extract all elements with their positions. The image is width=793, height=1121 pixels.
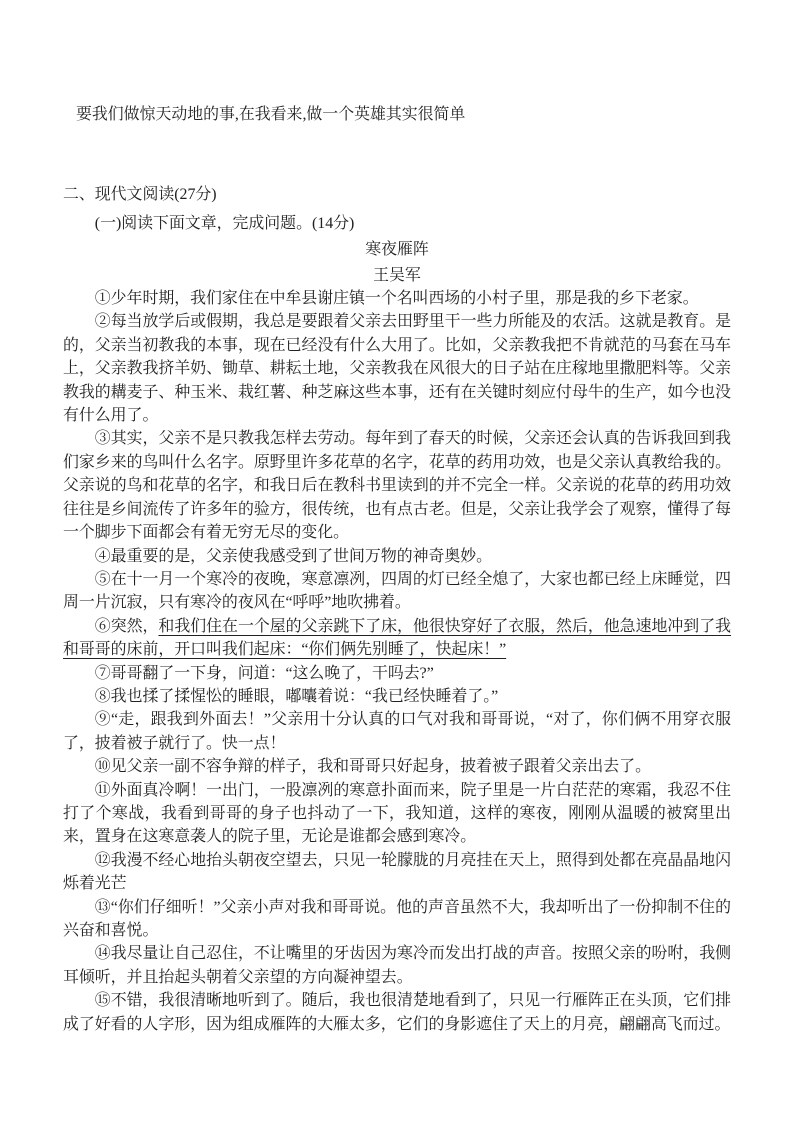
article-author: 王吴军 [63,264,731,287]
article-paragraph: ⑨“走，跟我到外面去！”父亲用十分认真的口气对我和哥哥说，“对了，你们俩不用穿衣… [63,708,731,755]
article-paragraph: ①少年时期，我们家住在中牟县谢庄镇一个名叫西场的小村子里，那是我的乡下老家。 [63,287,731,310]
article-paragraph: ③其实，父亲不是只教我怎样去劳动。每年到了春天的时候，父亲还会认真的告诉我回到我… [63,427,731,544]
article-paragraph: ⑦哥哥翻了一下身，问道：“这么晚了，干吗去?” [63,662,731,685]
article-body: ①少年时期，我们家住在中牟县谢庄镇一个名叫西场的小村子里，那是我的乡下老家。②每… [63,287,731,1036]
page-content: 要我们做惊天动地的事,在我看来,做一个英雄其实很简单 二、现代文阅读(27分) … [63,103,731,1036]
section-heading: 二、现代文阅读(27分) [63,183,731,206]
article-paragraph: ⑫我漫不经心地抬头朝夜空望去，只见一轮朦胧的月亮挂在天上，照得到处都在亮晶晶地闪… [63,849,731,896]
article-paragraph: ⑩见父亲一副不容争辩的样子，我和哥哥只好起身，披着被子跟着父亲出去了。 [63,755,731,778]
article-paragraph: ⑪外面真冷啊！一出门，一股凛冽的寒意扑面而来，院子里是一片白茫茫的寒霜，我忍不住… [63,779,731,849]
underlined-sentence: 和我们住在一个屋的父亲跳下了床，他很快穿好了衣服，然后，他急速地冲到了我和哥哥的… [63,618,731,658]
article-paragraph: ⑥突然，和我们住在一个屋的父亲跳下了床，他很快穿好了衣服，然后，他急速地冲到了我… [63,615,731,662]
article-paragraph: ②每当放学后或假期，我总是要跟着父亲去田野里干一些力所能及的农活。这就是教育。是… [63,310,731,427]
article-paragraph: ⑭我尽量让自己忍住，不让嘴里的牙齿因为寒冷而发出打战的声音。按照父亲的吩咐，我侧… [63,942,731,989]
article-paragraph: ⑮不错，我很清晰地听到了。随后，我也很清楚地看到了，只见一行雁阵正在头顶，它们排… [63,989,731,1036]
document-page: 要我们做惊天动地的事,在我看来,做一个英雄其实很简单 二、现代文阅读(27分) … [0,0,793,1121]
article-paragraph: ⑤在十一月一个寒冷的夜晚，寒意凛冽，四周的灯已经全熄了，大家也都已经上床睡觉，四… [63,568,731,615]
intro-line: 要我们做惊天动地的事,在我看来,做一个英雄其实很简单 [63,103,731,126]
article-paragraph: ⑬“你们仔细听！”父亲小声对我和哥哥说。他的声音虽然不大，我却听出了一份抑制不住… [63,896,731,943]
article-paragraph: ⑧我也揉了揉惺忪的睡眼，嘟囔着说：“我已经快睡着了。” [63,685,731,708]
article-title: 寒夜雁阵 [63,238,731,261]
article-paragraph: ④最重要的是，父亲使我感受到了世间万物的神奇奥妙。 [63,545,731,568]
paragraph-prefix: ⑥突然， [95,618,159,635]
subsection-heading: (一)阅读下面文章，完成问题。(14分) [63,212,731,235]
